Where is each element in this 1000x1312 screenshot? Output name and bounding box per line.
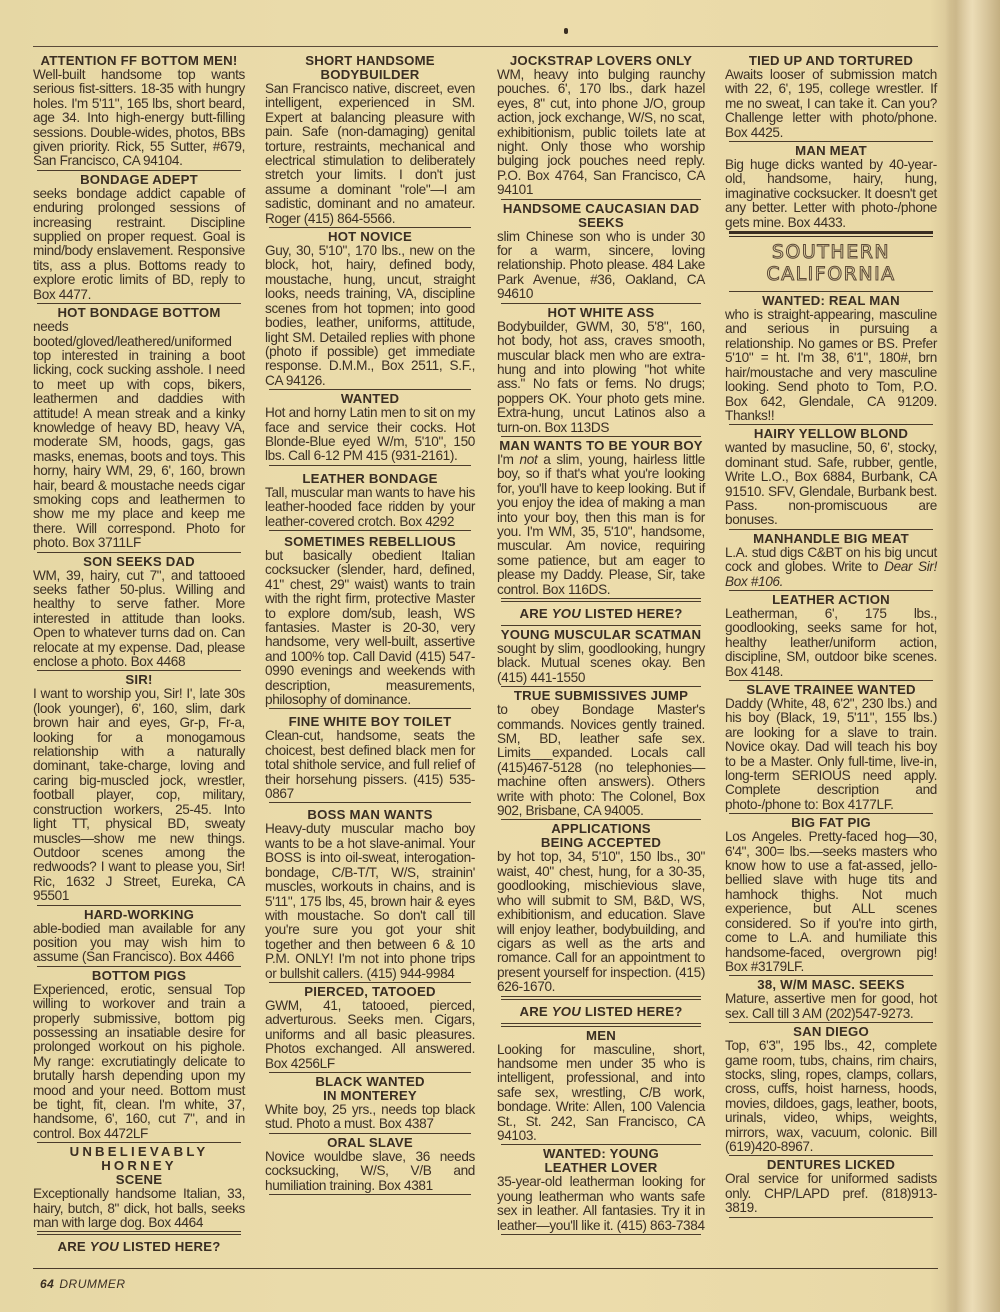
- ad-body: I'm not a slim, young, hairless little b…: [497, 453, 705, 597]
- ad-title-line2: SCENE: [33, 1173, 245, 1187]
- ad-body: slim Chinese son who is under 30 for a w…: [497, 230, 705, 302]
- ad-title: BOSS MAN WANTS: [265, 808, 475, 822]
- publication-name: DRUMMER: [59, 1277, 125, 1291]
- ad-title: UNBELIEVABLY HORNEY: [33, 1145, 245, 1173]
- listed-emphasis: YOU: [552, 606, 581, 621]
- listed-prefix: ARE: [519, 1004, 551, 1019]
- column-4: TIED UP AND TORTURED Awaits looser of su…: [725, 52, 937, 1218]
- ad-title-line2: BODYBUILDER: [265, 68, 475, 82]
- classified-ad: SON SEEKS DAD WM, 39, hairy, cut 7", and…: [33, 553, 245, 671]
- region-heading: SOUTHERN CALIFORNIA: [725, 237, 937, 291]
- classified-ad: BLACK WANTED IN MONTEREY White boy, 25 y…: [265, 1073, 475, 1133]
- ad-body: 35-year-old leatherman looking for young…: [497, 1175, 705, 1233]
- ad-body: L.A. stud digs C&BT on his big uncut coc…: [725, 546, 937, 589]
- classified-ad: 38, W/M MASC. SEEKS Mature, assertive me…: [725, 976, 937, 1022]
- ad-body: Heavy-duty muscular macho boy wants to b…: [265, 822, 475, 980]
- ad-title: SIR!: [33, 673, 245, 687]
- classified-ad: HANDSOME CAUCASIAN DAD SEEKS slim Chines…: [497, 200, 705, 303]
- ad-body: Oral service for uniformed sadists only.…: [725, 1172, 937, 1215]
- ad-body: GWM, 41, tatooed, pierced, adverturous. …: [265, 999, 475, 1071]
- classified-ad: MEN Looking for masculine, short, handso…: [497, 1027, 705, 1145]
- classified-ad: DENTURES LICKED Oral service for uniform…: [725, 1156, 937, 1216]
- ad-title: ORAL SLAVE: [265, 1136, 475, 1150]
- ad-body: sought by slim, goodlooking, hungry blac…: [497, 642, 705, 685]
- ad-title: WANTED: YOUNG: [497, 1147, 705, 1161]
- ad-title: MAN WANTS TO BE YOUR BOY: [497, 439, 705, 453]
- ad-title: BLACK WANTED: [265, 1075, 475, 1089]
- ad-body: seeks bondage addict capable of enduring…: [33, 187, 245, 302]
- ad-title: HARD-WORKING: [33, 908, 245, 922]
- ad-title: SAN DIEGO: [725, 1025, 937, 1039]
- classified-ad: HOT NOVICE Guy, 30, 5'10", 170 lbs., new…: [265, 228, 475, 389]
- ad-body: Bodybuilder, GWM, 30, 5'8", 160, hot bod…: [497, 320, 705, 435]
- ad-body: I want to worship you, Sir! I', late 30s…: [33, 687, 245, 903]
- ad-body: Novice wouldbe slave, 36 needs cocksucki…: [265, 1150, 475, 1193]
- ad-body: able-bodied man available for any positi…: [33, 922, 245, 965]
- footer-rule: [33, 1268, 938, 1269]
- ad-title: HOT NOVICE: [265, 230, 475, 244]
- column-3: JOCKSTRAP LOVERS ONLY WM, heavy into bul…: [497, 52, 705, 1235]
- classified-ad: MANHANDLE BIG MEAT L.A. stud digs C&BT o…: [725, 530, 937, 590]
- classified-ad: WANTED: REAL MAN who is straight-appeari…: [725, 292, 937, 424]
- ad-body: Guy, 30, 5'10", 170 lbs., new on the blo…: [265, 244, 475, 388]
- classified-ad: LEATHER BONDAGE Tall, muscular man wants…: [265, 466, 475, 530]
- ad-body: Top, 6'3", 195 lbs., 42, complete game r…: [725, 1039, 937, 1154]
- page-footer: 64DRUMMER: [40, 1277, 126, 1291]
- ad-title: JOCKSTRAP LOVERS ONLY: [497, 54, 705, 68]
- ad-body: Hot and horny Latin men to sit on my fac…: [265, 406, 475, 464]
- ad-body: WM, heavy into bulging raunchy pouches. …: [497, 68, 705, 198]
- listed-banner: ARE YOU LISTED HERE?: [33, 1235, 245, 1258]
- ad-title: TRUE SUBMISSIVES JUMP: [497, 689, 705, 703]
- classified-ad: SIR! I want to worship you, Sir! I', lat…: [33, 671, 245, 904]
- classified-ad: BOTTOM PIGS Experienced, erotic, sensual…: [33, 967, 245, 1142]
- ad-title-line2: SEEKS: [497, 216, 705, 230]
- ad-title: MANHANDLE BIG MEAT: [725, 532, 937, 546]
- ad-body: Well-built handsome top wants serious fi…: [33, 68, 245, 169]
- ad-body: Experienced, erotic, sensual Top willing…: [33, 983, 245, 1141]
- listed-suffix: LISTED HERE?: [581, 606, 683, 621]
- region-heading-line2: CALIFORNIA: [725, 263, 937, 285]
- listed-suffix: LISTED HERE?: [119, 1239, 221, 1254]
- divider: [269, 1194, 471, 1195]
- ad-body: WM, 39, hairy, cut 7", and tattooed seek…: [33, 569, 245, 670]
- listed-suffix: LISTED HERE?: [581, 1004, 683, 1019]
- listed-banner: ARE YOU LISTED HERE?: [497, 602, 705, 625]
- ad-title: SOMETIMES REBELLIOUS: [265, 535, 475, 549]
- top-rule: [33, 46, 938, 47]
- ad-title: LEATHER ACTION: [725, 593, 937, 607]
- ad-body: Big huge dicks wanted by 40-year-old, ha…: [725, 158, 937, 230]
- print-mark: [564, 28, 568, 34]
- ad-title-line2: LEATHER LOVER: [497, 1161, 705, 1175]
- ad-title: YOUNG MUSCULAR SCATMAN: [497, 628, 705, 642]
- listed-prefix: ARE: [519, 606, 551, 621]
- column-1: ATTENTION FF BOTTOM MEN! Well-built hand…: [33, 52, 245, 1258]
- ad-body: but basically obedient Italian cocksucke…: [265, 549, 475, 707]
- ad-title-line2: BEING ACCEPTED: [497, 836, 705, 850]
- divider: [729, 1217, 933, 1218]
- ad-title: TIED UP AND TORTURED: [725, 54, 937, 68]
- ad-body: Awaits looser of submission match with 2…: [725, 68, 937, 140]
- classified-ad: SOMETIMES REBELLIOUS but basically obedi…: [265, 531, 475, 708]
- region-heading-line1: SOUTHERN: [725, 241, 937, 263]
- listed-emphasis: YOU: [552, 1004, 581, 1019]
- ad-title: BONDAGE ADEPT: [33, 173, 245, 187]
- classified-ad: UNBELIEVABLY HORNEY SCENE Exceptionally …: [33, 1143, 245, 1231]
- ad-title: WANTED: [265, 392, 475, 406]
- ad-title: DENTURES LICKED: [725, 1158, 937, 1172]
- ad-title: ATTENTION FF BOTTOM MEN!: [33, 54, 245, 68]
- classified-ad: HOT WHITE ASS Bodybuilder, GWM, 30, 5'8"…: [497, 304, 705, 436]
- classified-ad: SLAVE TRAINEE WANTED Daddy (White, 48, 6…: [725, 681, 937, 813]
- divider: [501, 1234, 701, 1235]
- ad-title: LEATHER BONDAGE: [265, 472, 475, 486]
- ad-body: Tall, muscular man wants to have his lea…: [265, 486, 475, 529]
- classified-ad: HAIRY YELLOW BLOND wanted by masucline, …: [725, 425, 937, 528]
- classified-ad: BONDAGE ADEPT seeks bondage addict capab…: [33, 171, 245, 303]
- magazine-page: ATTENTION FF BOTTOM MEN! Well-built hand…: [0, 0, 1000, 1312]
- ad-body: Mature, assertive men for good, hot sex.…: [725, 992, 937, 1021]
- classified-ad: WANTED: YOUNG LEATHER LOVER 35-year-old …: [497, 1145, 705, 1234]
- ad-title: BOTTOM PIGS: [33, 969, 245, 983]
- listed-prefix: ARE: [57, 1239, 89, 1254]
- ad-body: Exceptionally handsome Italian, 33, hair…: [33, 1187, 245, 1230]
- classified-ad: BIG FAT PIG Los Angeles. Pretty-faced ho…: [725, 814, 937, 975]
- ad-title: SON SEEKS DAD: [33, 555, 245, 569]
- classified-ad: LEATHER ACTION Leatherman, 6', 175 lbs.,…: [725, 591, 937, 680]
- listed-emphasis: YOU: [90, 1239, 119, 1254]
- ad-title: HOT WHITE ASS: [497, 306, 705, 320]
- ad-title: MAN MEAT: [725, 144, 937, 158]
- column-2: SHORT HANDSOME BODYBUILDER San Francisco…: [265, 52, 475, 1195]
- page-spine-shadow: [945, 0, 1000, 1312]
- ad-body: Clean-cut, handsome, seats the choicest,…: [265, 729, 475, 801]
- ad-body: Daddy (White, 48, 6'2", 230 lbs.) and hi…: [725, 697, 937, 812]
- ad-body: to obey Bondage Master's commands. Novic…: [497, 703, 705, 818]
- ad-title-line2: IN MONTEREY: [265, 1089, 475, 1103]
- ad-title: FINE WHITE BOY TOILET: [265, 715, 475, 729]
- ad-title: WANTED: REAL MAN: [725, 294, 937, 308]
- ad-title: HAIRY YELLOW BLOND: [725, 427, 937, 441]
- ad-title: HANDSOME CAUCASIAN DAD: [497, 202, 705, 216]
- ad-title: APPLICATIONS: [497, 822, 705, 836]
- classified-ad: APPLICATIONS BEING ACCEPTED by hot top, …: [497, 820, 705, 995]
- ad-title: HOT BONDAGE BOTTOM: [33, 306, 245, 320]
- classified-ad: JOCKSTRAP LOVERS ONLY WM, heavy into bul…: [497, 52, 705, 199]
- page-number: 64: [40, 1277, 54, 1291]
- classified-ad: MAN MEAT Big huge dicks wanted by 40-yea…: [725, 142, 937, 231]
- classified-ad: WANTED Hot and horny Latin men to sit on…: [265, 390, 475, 465]
- ad-body: White boy, 25 yrs., needs top black stud…: [265, 1103, 475, 1132]
- classified-ad: YOUNG MUSCULAR SCATMAN sought by slim, g…: [497, 626, 705, 686]
- ad-body: San Francisco native, discreet, even int…: [265, 82, 475, 226]
- ad-body: Los Angeles. Pretty-faced hog—30, 6'4", …: [725, 830, 937, 974]
- classified-ad: FINE WHITE BOY TOILET Clean-cut, handsom…: [265, 709, 475, 802]
- ad-body: who is straight-appearing, masculine and…: [725, 308, 937, 423]
- ad-title: MEN: [497, 1029, 705, 1043]
- ad-body: by hot top, 34, 5'10", 150 lbs., 30" wai…: [497, 850, 705, 994]
- listed-banner: ARE YOU LISTED HERE?: [497, 1000, 705, 1023]
- ad-title: SLAVE TRAINEE WANTED: [725, 683, 937, 697]
- classified-ad: HOT BONDAGE BOTTOM needs booted/gloved/l…: [33, 304, 245, 552]
- ad-body-lead: I'm: [497, 452, 520, 467]
- classified-ad: ATTENTION FF BOTTOM MEN! Well-built hand…: [33, 52, 245, 170]
- ad-body-rest: a slim, young, hairless little boy, so i…: [497, 452, 705, 597]
- ad-body-emphasis: not: [520, 452, 538, 467]
- classified-ad: BOSS MAN WANTS Heavy-duty muscular macho…: [265, 803, 475, 981]
- classified-ad: TRUE SUBMISSIVES JUMP to obey Bondage Ma…: [497, 687, 705, 819]
- ad-body: needs booted/gloved/leathered/uniformed …: [33, 320, 245, 551]
- classified-ad: ORAL SLAVE Novice wouldbe slave, 36 need…: [265, 1134, 475, 1194]
- ad-body: wanted by masucline, 50, 6', stocky, dom…: [725, 441, 937, 527]
- classified-ad: MAN WANTS TO BE YOUR BOY I'm not a slim,…: [497, 437, 705, 598]
- classified-ad: SHORT HANDSOME BODYBUILDER San Francisco…: [265, 52, 475, 227]
- ad-title: BIG FAT PIG: [725, 816, 937, 830]
- classified-ad: HARD-WORKING able-bodied man available f…: [33, 906, 245, 966]
- ad-body: Looking for masculine, short, handsome m…: [497, 1043, 705, 1144]
- ad-body: Leatherman, 6', 175 lbs., goodlooking, s…: [725, 607, 937, 679]
- ad-title: 38, W/M MASC. SEEKS: [725, 978, 937, 992]
- classified-ad: SAN DIEGO Top, 6'3", 195 lbs., 42, compl…: [725, 1023, 937, 1155]
- ad-title: PIERCED, TATOOED: [265, 985, 475, 999]
- classified-ad: PIERCED, TATOOED GWM, 41, tatooed, pierc…: [265, 983, 475, 1072]
- classified-ad: TIED UP AND TORTURED Awaits looser of su…: [725, 52, 937, 141]
- ad-title: SHORT HANDSOME: [265, 54, 475, 68]
